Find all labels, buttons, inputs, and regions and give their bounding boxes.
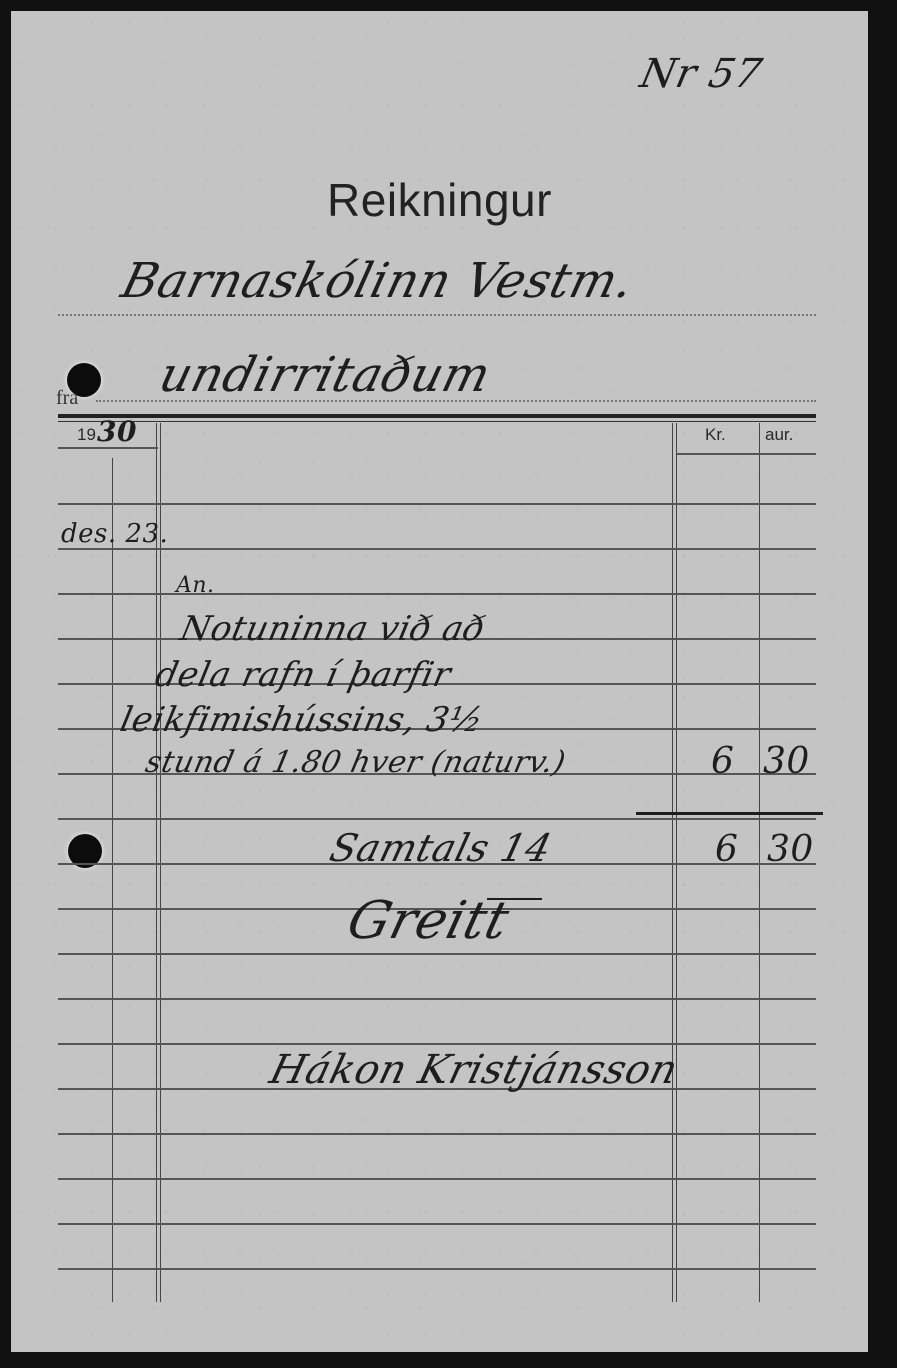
addressee-line-2: undirritaðum — [154, 347, 496, 403]
addressee-dotted-line-1 — [58, 314, 816, 316]
invoice-paper: Nr 57 Reikningur Barnaskólinn Vestm. frá… — [11, 11, 868, 1352]
paid-note: Greitt — [342, 891, 516, 951]
entry-amount-kr: 6 — [711, 741, 734, 782]
header-rule-thick — [58, 414, 816, 418]
page-title: Reikningur — [11, 173, 868, 227]
row-ruling — [58, 593, 816, 595]
total-label: Samtals 14 — [326, 826, 557, 870]
total-amount-kr: 6 — [715, 829, 738, 870]
addressee-line-1: Barnaskólinn Vestm. — [116, 253, 640, 309]
invoice-number: Nr 57 — [636, 51, 766, 97]
hole-punch-top — [67, 363, 101, 397]
entry-line-2: Notuninna við að — [177, 609, 489, 649]
entry-line-5: stund á 1.80 hver (naturv.) — [142, 745, 569, 780]
total-amount-aur: 30 — [767, 829, 814, 870]
year-prefix: 19 — [77, 425, 96, 445]
ruling-date-col-divider — [112, 458, 113, 1302]
row-ruling — [58, 503, 816, 505]
signature: Hákon Kristjánsson — [265, 1047, 682, 1093]
row-ruling — [58, 953, 816, 955]
row-ruling — [58, 818, 816, 820]
column-header-kr: Kr. — [705, 425, 726, 445]
row-ruling — [58, 1268, 816, 1270]
addressee-dotted-line-2 — [96, 400, 816, 402]
row-ruling — [58, 1223, 816, 1225]
ruling-header-date — [58, 447, 158, 449]
year-handwritten: 30 — [97, 415, 137, 448]
entry-date: des. 23. — [61, 519, 168, 549]
column-header-aur: aur. — [765, 425, 793, 445]
total-underline — [636, 812, 823, 815]
entry-line-3: dela rafn í þarfir — [152, 655, 455, 695]
entry-amount-aur: 30 — [763, 741, 810, 782]
row-ruling — [58, 1133, 816, 1135]
paid-note-overline — [487, 898, 542, 900]
row-ruling — [58, 548, 816, 550]
row-ruling — [58, 1043, 816, 1045]
row-ruling — [58, 998, 816, 1000]
entry-line-4: leikfimishússins, 3½ — [117, 700, 487, 740]
ruling-header-amount — [677, 453, 816, 455]
entry-line-1: An. — [176, 573, 215, 598]
row-ruling — [58, 1178, 816, 1180]
header-rule-thin — [58, 421, 816, 422]
